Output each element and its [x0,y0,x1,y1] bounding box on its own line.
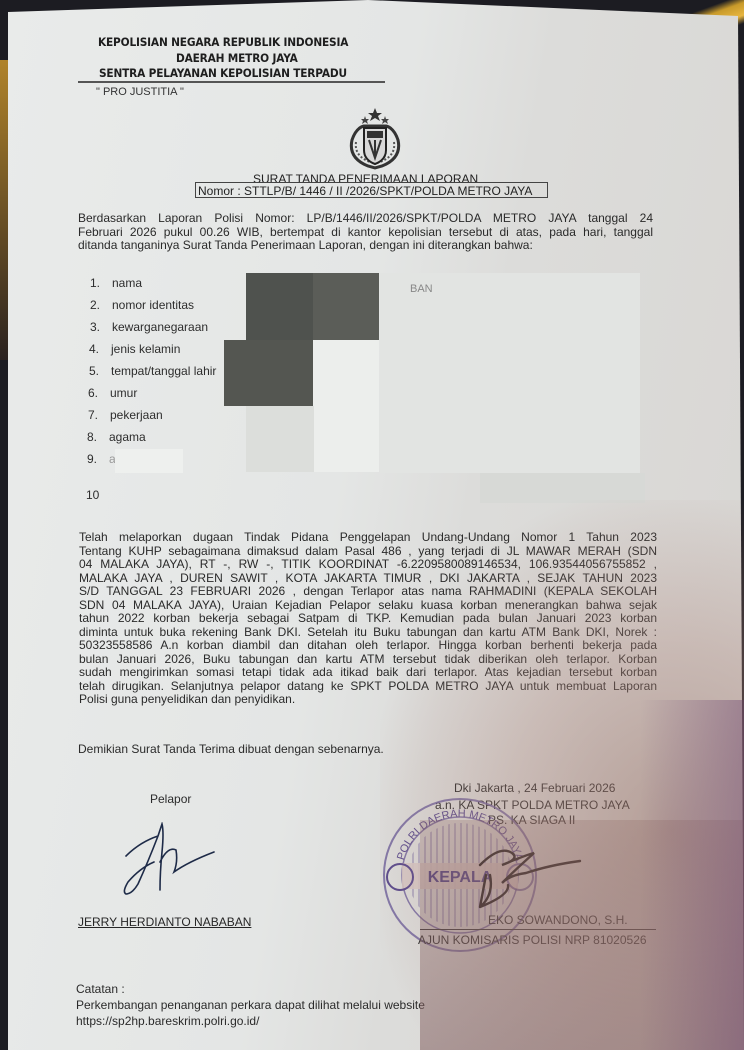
polri-emblem-icon [338,106,412,172]
reporter-role-label: Pelapor [150,792,191,806]
intro-paragraph: Berdasarkan Laporan Polisi Nomor: LP/B/1… [78,212,653,253]
redaction-block [115,449,183,473]
report-line: Tentang KUHP sebagaimana dimaksud dalam … [79,545,657,559]
report-line: bulan Januari 2026, Buku tabungan dan ka… [79,653,657,667]
redaction-block [224,340,314,406]
report-line: 04 MALAKA JAYA), RT -, RW -, TITIK KOORD… [79,558,657,572]
header-divider [78,81,385,83]
redaction-block [246,273,314,341]
report-paragraph: Telah melaporkan dugaan Tindak Pidana Pe… [79,531,657,707]
field-umur: 6.umur [88,386,137,400]
field-agama: 8.agama [87,430,146,444]
officer-name: EKO SOWANDONO, S.H. [488,913,628,927]
report-line: sudah mengirimkan somasi tetapi tidak ad… [79,666,657,680]
closing-statement: Demikian Surat Tanda Terima dibuat denga… [78,742,384,756]
field-tempat-tanggal-lahir: 5.tempat/tanggal lahir [89,364,216,378]
report-line: S/D TANGGAL 23 FEBRUARI 2026 , dengan Te… [79,585,657,599]
notes-website-link[interactable]: https://sp2hp.bareskrim.polri.go.id/ [76,1014,259,1028]
redacted-name-fragment: BAN [410,283,433,295]
intro-line-2: Februari 2026 pukul 00.26 WIB, bertempat… [78,226,653,240]
report-line: Polisi guna penyelidikan dan penyidikan. [79,693,657,707]
redaction-block [246,406,314,472]
redaction-block [480,473,645,503]
field-pekerjaan: 7.pekerjaan [88,408,163,422]
field-alamat: 9.al [87,452,118,466]
report-line: telah dirugikan. Selanjutnya pelapor dat… [79,680,657,694]
officer-signature-icon [450,835,590,920]
report-line: tahun 2022 korban bekerja sebagai Satpam… [79,612,657,626]
reporter-signature-icon [118,822,228,902]
officer-name-underline [420,929,656,930]
intro-line-1: Berdasarkan Laporan Polisi Nomor: LP/B/1… [78,212,653,226]
field-kewarganegaraan: 3.kewarganegaraan [90,320,208,334]
field-nama: 1.nama [90,276,142,290]
field-jenis-kelamin: 4.jenis kelamin [89,342,180,356]
pro-justitia-label: " PRO JUSTITIA " [96,86,184,98]
institution-line-1: KEPOLISIAN NEGARA REPUBLIK INDONESIA [98,35,348,49]
report-line: SDN 04 MALAKA JAYA), Uraian Kejadian Pel… [79,599,657,613]
notes-label: Catatan : [76,982,125,996]
officer-place-date: Dki Jakarta , 24 Februari 2026 [454,781,615,795]
redaction-block [313,273,379,341]
officer-rank-nrp: AJUN KOMISARIS POLISI NRP 81020526 [418,933,647,947]
intro-line-3: ditanda tanganinya Surat Tanda Penerimaa… [78,239,653,253]
report-line: 50323558586 A.n korban diambil dan ditah… [79,639,657,653]
field-nomor-identitas: 2.nomor identitas [90,298,194,312]
redaction-block [313,340,379,472]
document-number: Nomor : STTLP/B/ 1446 / II /2026/SPKT/PO… [195,182,548,198]
institution-line-2: DAERAH METRO JAYA [176,51,298,65]
field-10: 10 [86,488,108,502]
report-line: Telah melaporkan dugaan Tindak Pidana Pe… [79,531,657,545]
institution-line-3: SENTRA PELAYANAN KEPOLISIAN TERPADU [99,66,347,80]
reporter-name: JERRY HERDIANTO NABABAN [78,915,251,929]
notes-text: Perkembangan penanganan perkara dapat di… [76,998,425,1012]
redaction-block [380,273,640,473]
report-line: diminta untuk buka rekening Bank DKI. Se… [79,626,657,640]
report-line: MALAKA JAYA , DUREN SAWIT , KOTA JAKARTA… [79,572,657,586]
